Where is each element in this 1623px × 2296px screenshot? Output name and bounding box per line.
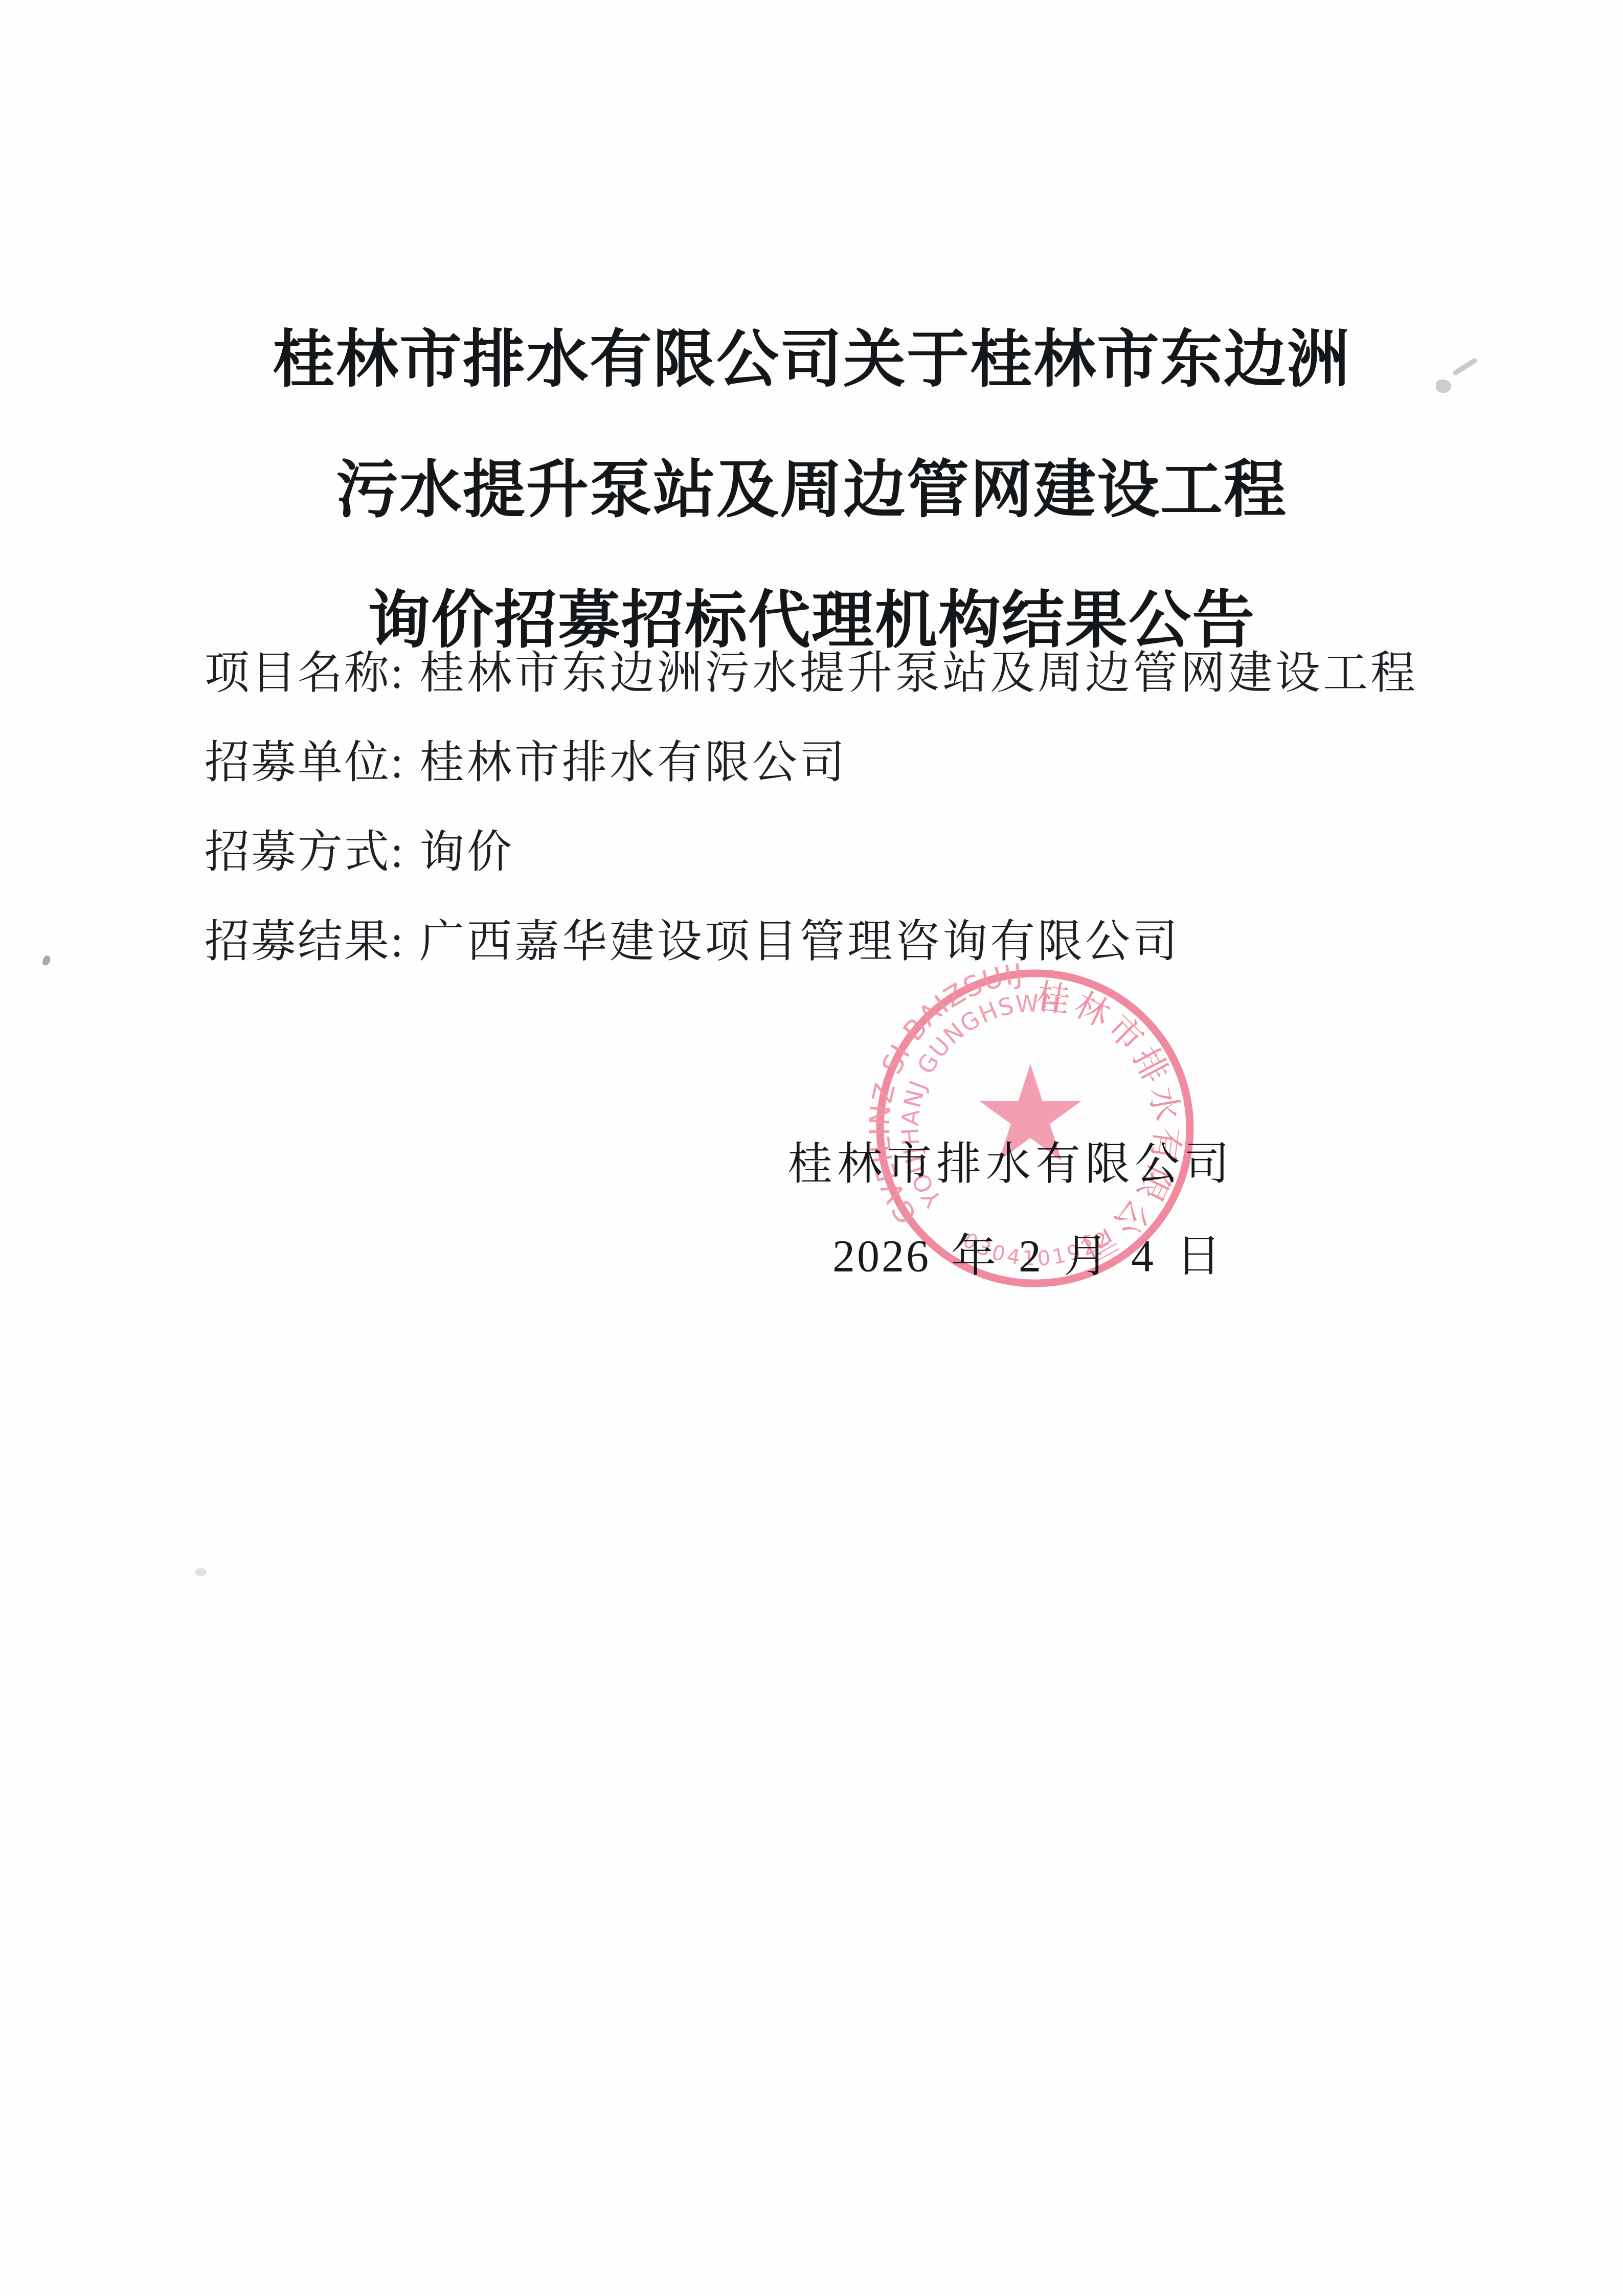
field-label: 招募方式:: [205, 830, 419, 876]
field-label: 招募单位:: [205, 740, 419, 786]
scan-artifact: [41, 954, 51, 966]
field-label: 项目名称:: [205, 651, 419, 697]
field-value: 桂林市排水有限公司: [419, 740, 847, 786]
document-title: 桂林市排水有限公司关于桂林市东边洲 污水提升泵站及周边管网建设工程 询价招募招标…: [0, 294, 1623, 685]
field-value: 桂林市东边洲污水提升泵站及周边管网建设工程: [419, 651, 1418, 697]
title-line-1: 桂林市排水有限公司关于桂林市东边洲: [0, 294, 1623, 425]
title-line-2: 污水提升泵站及周边管网建设工程: [0, 425, 1623, 555]
document-page: 桂林市排水有限公司关于桂林市东边洲 污水提升泵站及周边管网建设工程 询价招募招标…: [0, 0, 1623, 2296]
signature-company: 桂林市排水有限公司: [787, 1128, 1234, 1192]
field-value: 询价: [419, 830, 514, 876]
field-row-recruiting-result: 招募结果: 广西嘉华建设项目管理咨询有限公司: [205, 919, 1531, 965]
field-list: 项目名称: 桂林市东边洲污水提升泵站及周边管网建设工程 招募单位: 桂林市排水有…: [205, 651, 1531, 1009]
field-value: 广西嘉华建设项目管理咨询有限公司: [419, 919, 1180, 965]
field-row-project-name: 项目名称: 桂林市东边洲污水提升泵站及周边管网建设工程: [205, 651, 1531, 697]
field-label: 招募结果:: [205, 919, 419, 965]
scan-artifact: [195, 1568, 207, 1576]
field-row-recruiting-method: 招募方式: 询价: [205, 830, 1531, 876]
signature-date: 2026 年 2 月 4 日: [832, 1220, 1223, 1284]
field-row-recruiting-unit: 招募单位: 桂林市排水有限公司: [205, 740, 1531, 786]
